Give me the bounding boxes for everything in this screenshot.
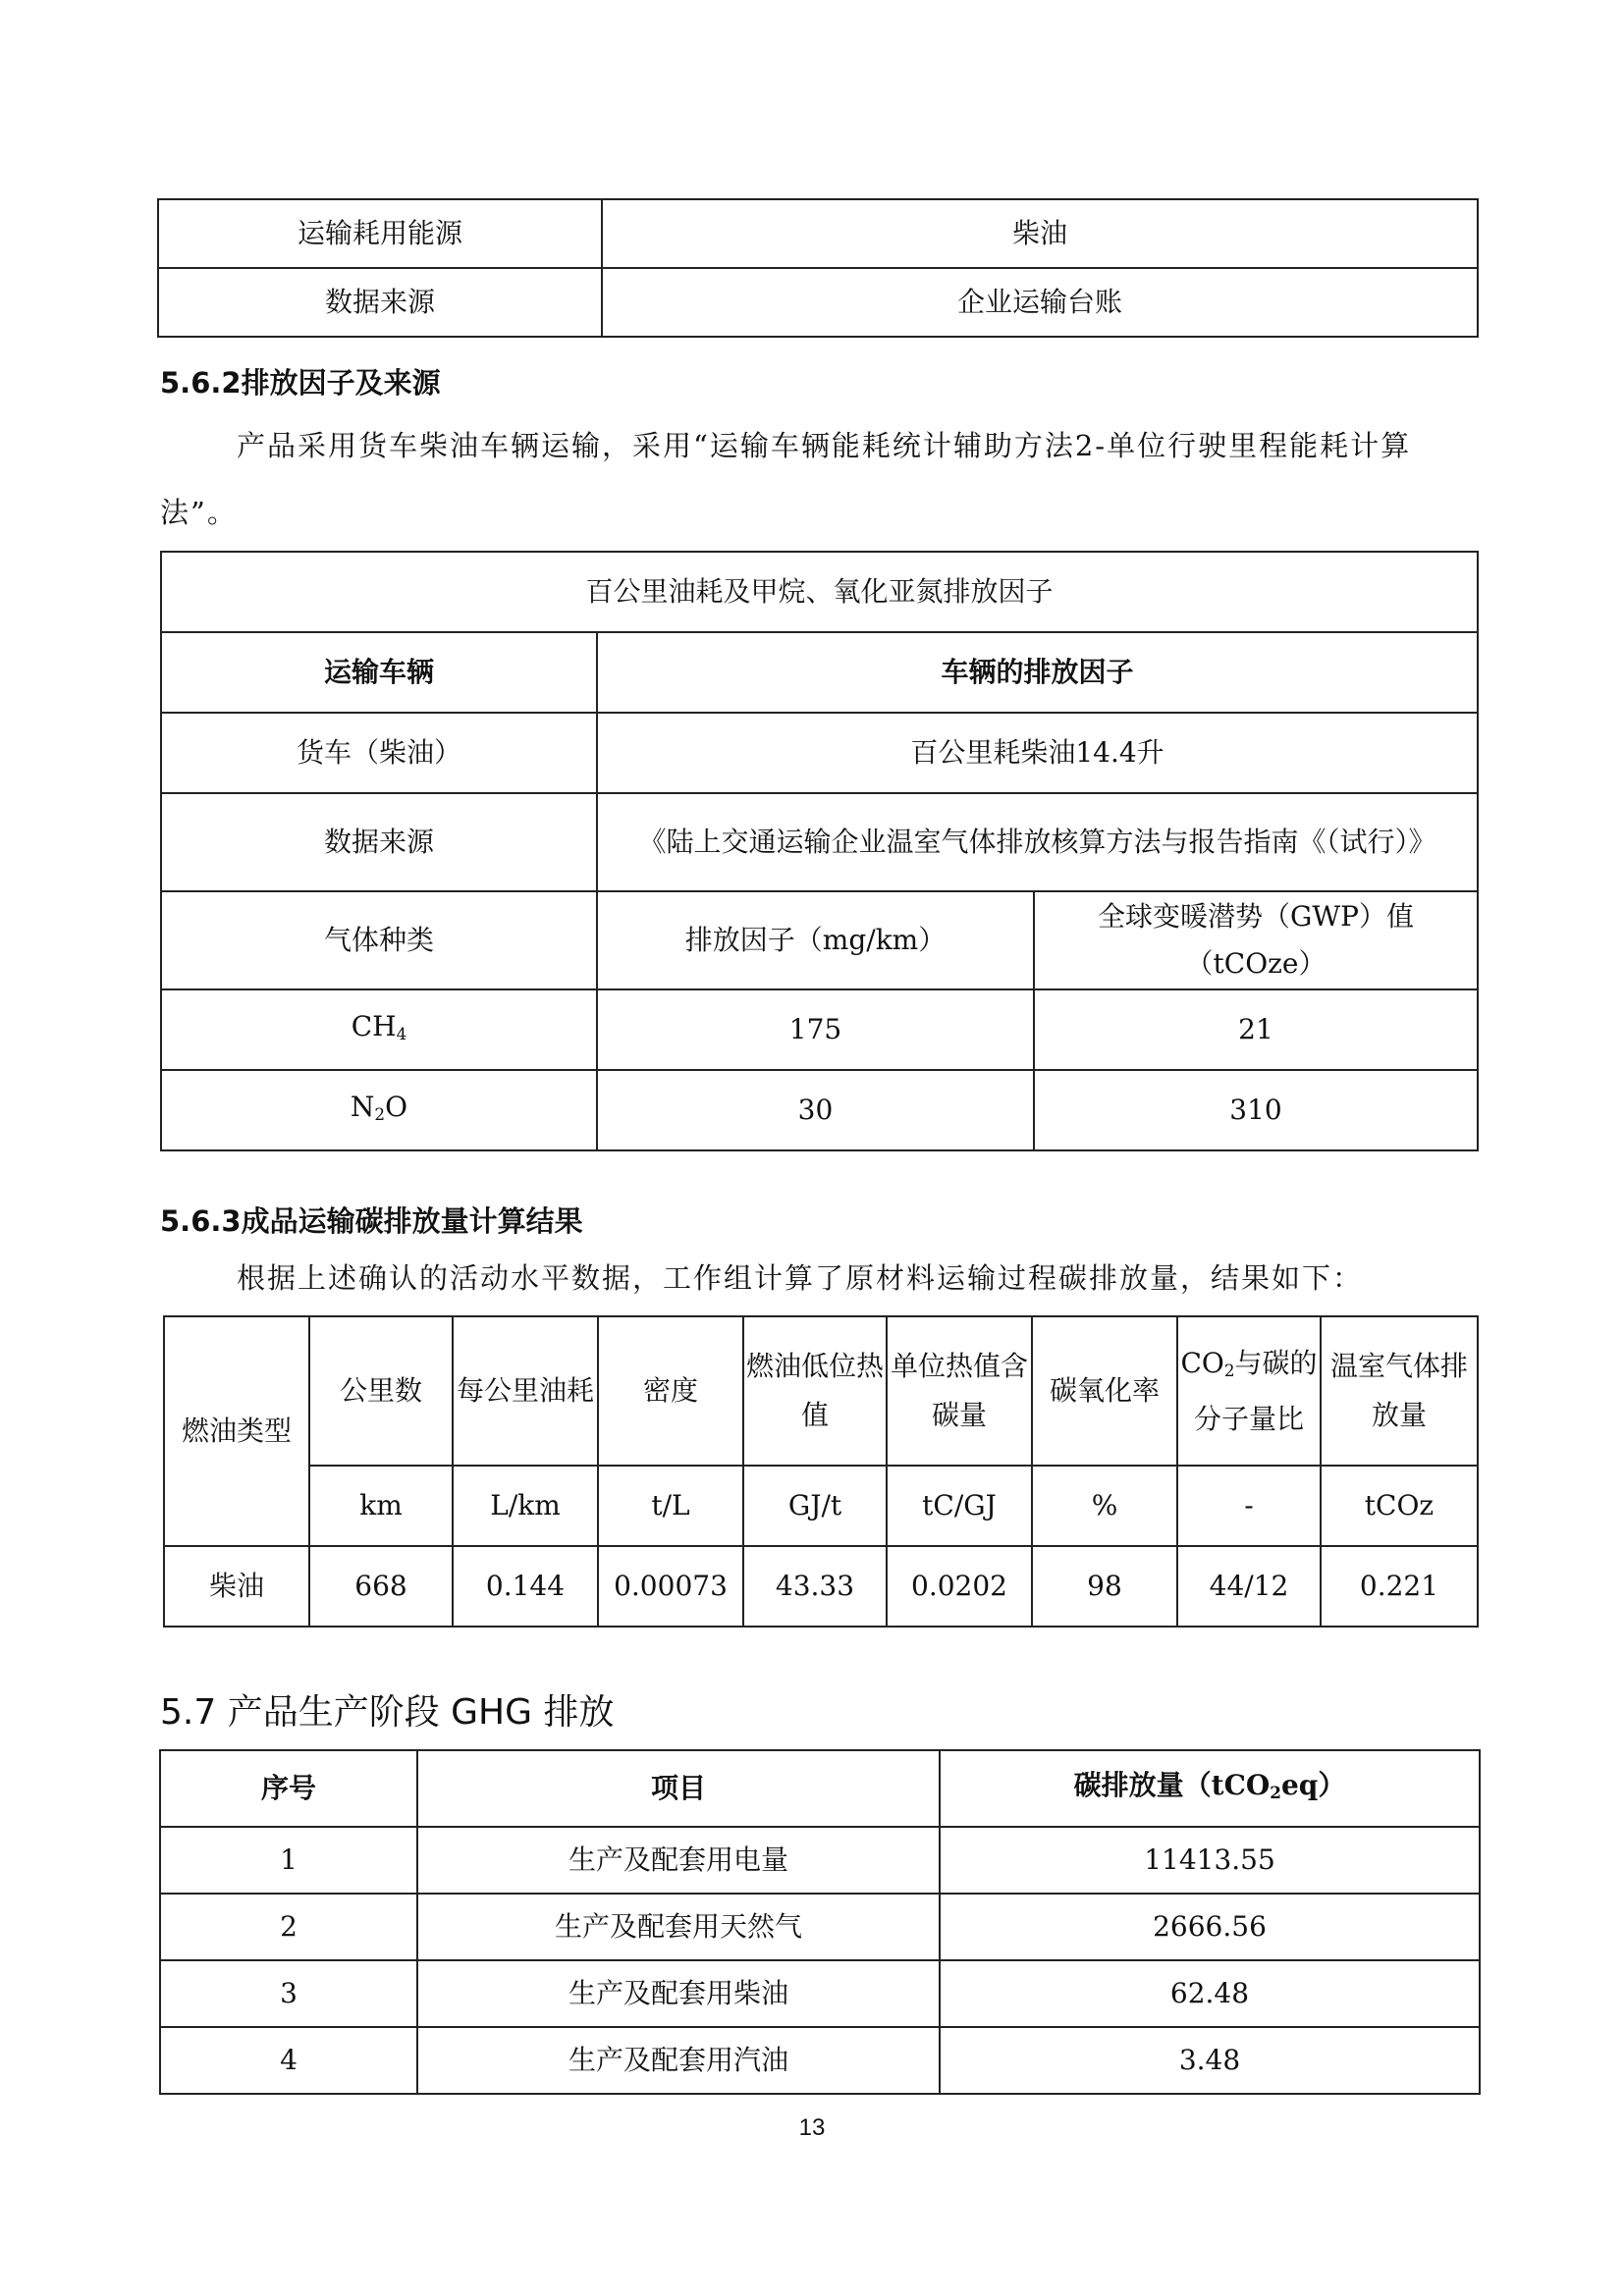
row-item: 生产及配套用柴油 — [417, 1960, 940, 2027]
unit-cell: tCOz — [1321, 1466, 1478, 1546]
value-cell: 0.144 — [453, 1546, 598, 1627]
row-no: 4 — [160, 2027, 417, 2094]
column-header: CO2与碳的分子量比 — [1177, 1316, 1321, 1466]
column-header: 温室气体排放量 — [1321, 1316, 1478, 1466]
value-cell: 43.33 — [743, 1546, 887, 1627]
value-cell: 44/12 — [1177, 1546, 1321, 1627]
co2-header-sub: 2 — [1224, 1361, 1235, 1380]
gas-factor: 175 — [597, 989, 1034, 1070]
section-paragraph: 产品采用货车柴油车辆运输，采用“运输车辆能耗统计辅助方法2-单位行驶里程能耗计算… — [160, 412, 1481, 546]
row-no: 2 — [160, 1894, 417, 1960]
table-header-row: 序号 项目 碳排放量（tCO2eq） — [160, 1750, 1480, 1827]
co2-header-pre: CO — [1180, 1347, 1223, 1379]
emission-factor-table: 百公里油耗及甲烷、氧化亚氮排放因子 运输车辆 车辆的排放因子 货车（柴油） 百公… — [160, 551, 1479, 1151]
row-no: 1 — [160, 1827, 417, 1894]
section-heading-5-6-3: 5.6.3成品运输碳排放量计算结果 — [160, 1200, 583, 1240]
section-paragraph: 根据上述确认的活动水平数据，工作组计算了原材料运输过程碳排放量，结果如下： — [160, 1245, 1481, 1311]
section-heading-5-6-2: 5.6.2排放因子及来源 — [160, 361, 441, 401]
header-emission-post: eq） — [1281, 1769, 1345, 1801]
table-row: 4 生产及配套用汽油 3.48 — [160, 2027, 1480, 2094]
row-value: 62.48 — [940, 1960, 1480, 2027]
column-header: 单位热值含碳量 — [887, 1316, 1032, 1466]
unit-cell: GJ/t — [743, 1466, 887, 1546]
section-heading-5-7: 5.7 产品生产阶段 GHG 排放 — [160, 1684, 614, 1735]
header-vehicle: 运输车辆 — [161, 632, 597, 713]
vehicle-label: 货车（柴油） — [161, 713, 597, 793]
table-row: N2O 30 310 — [161, 1070, 1478, 1150]
source-label: 数据来源 — [161, 793, 597, 891]
table-row: CH4 175 21 — [161, 989, 1478, 1070]
factor-header: 排放因子（mg/km） — [597, 891, 1034, 989]
table-row: 2 生产及配套用天然气 2666.56 — [160, 1894, 1480, 1960]
header-no: 序号 — [160, 1750, 417, 1827]
gwp-header: 全球变暖潜势（GWP）值（tCOze） — [1034, 891, 1478, 989]
vehicle-value: 百公里耗柴油14.4升 — [597, 713, 1478, 793]
column-header: 碳氧化率 — [1032, 1316, 1177, 1466]
gas-factor: 30 — [597, 1070, 1034, 1150]
ghg-emission-table: 序号 项目 碳排放量（tCO2eq） 1 生产及配套用电量 11413.55 2… — [159, 1749, 1481, 2095]
value-cell: 668 — [309, 1546, 453, 1627]
calculation-table: 燃油类型 公里数 每公里油耗 密度 燃油低位热值 单位热值含碳量 碳氧化率 CO… — [163, 1315, 1479, 1628]
table-row: 3 生产及配套用柴油 62.48 — [160, 1960, 1480, 2027]
table-title: 百公里油耗及甲烷、氧化亚氮排放因子 — [161, 552, 1478, 632]
gas-gwp: 21 — [1034, 989, 1478, 1070]
gas-gwp: 310 — [1034, 1070, 1478, 1150]
gas-subscript: 4 — [397, 1024, 407, 1043]
table-row: 货车（柴油） 百公里耗柴油14.4升 — [161, 713, 1478, 793]
value-cell: 0.221 — [1321, 1546, 1478, 1627]
unit-cell: L/km — [453, 1466, 598, 1546]
row-value: 柴油 — [602, 199, 1478, 268]
gas-name: CH4 — [161, 989, 597, 1070]
unit-cell: tC/GJ — [887, 1466, 1032, 1546]
row-value: 11413.55 — [940, 1827, 1480, 1894]
table-row: 柴油 668 0.144 0.00073 43.33 0.0202 98 44/… — [164, 1546, 1478, 1627]
header-emission-sub: 2 — [1270, 1783, 1281, 1802]
fuel-name: 柴油 — [164, 1546, 309, 1627]
column-header: 燃油低位热值 — [743, 1316, 887, 1466]
header-emission-pre: 碳排放量（tCO — [1074, 1769, 1271, 1801]
units-row: km L/km t/L GJ/t tC/GJ % - tCOz — [164, 1466, 1478, 1546]
column-header: 密度 — [598, 1316, 743, 1466]
row-label: 数据来源 — [158, 268, 602, 337]
gas-formula: CH — [352, 1010, 397, 1042]
column-header: 公里数 — [309, 1316, 453, 1466]
source-value: 《陆上交通运输企业温室气体排放核算方法与报告指南《（试行）》 — [597, 793, 1478, 891]
value-cell: 98 — [1032, 1546, 1177, 1627]
header-factor: 车辆的排放因子 — [597, 632, 1478, 713]
page-number: 13 — [0, 2114, 1624, 2142]
row-item: 生产及配套用天然气 — [417, 1894, 940, 1960]
unit-cell: % — [1032, 1466, 1177, 1546]
value-cell: 0.0202 — [887, 1546, 1032, 1627]
unit-cell: km — [309, 1466, 453, 1546]
table-row: 1 生产及配套用电量 11413.55 — [160, 1827, 1480, 1894]
table-row: 数据来源 《陆上交通运输企业温室气体排放核算方法与报告指南《（试行）》 — [161, 793, 1478, 891]
gas-subscript: 2 — [374, 1104, 385, 1124]
table-header-row: 运输车辆 车辆的排放因子 — [161, 632, 1478, 713]
row-item: 生产及配套用汽油 — [417, 2027, 940, 2094]
gas-formula: N — [351, 1091, 375, 1123]
table-title-row: 百公里油耗及甲烷、氧化亚氮排放因子 — [161, 552, 1478, 632]
energy-source-table: 运输耗用能源 柴油 数据来源 企业运输台账 — [157, 198, 1479, 338]
gas-suffix: O — [385, 1091, 407, 1123]
row-value: 企业运输台账 — [602, 268, 1478, 337]
column-header: 每公里油耗 — [453, 1316, 598, 1466]
header-emission: 碳排放量（tCO2eq） — [940, 1750, 1480, 1827]
fuel-type-header: 燃油类型 — [164, 1316, 309, 1546]
value-cell: 0.00073 — [598, 1546, 743, 1627]
table-row: 运输耗用能源 柴油 — [158, 199, 1478, 268]
row-value: 3.48 — [940, 2027, 1480, 2094]
unit-cell: t/L — [598, 1466, 743, 1546]
gas-type-header: 气体种类 — [161, 891, 597, 989]
table-row: 气体种类 排放因子（mg/km） 全球变暖潜势（GWP）值（tCOze） — [161, 891, 1478, 989]
unit-cell: - — [1177, 1466, 1321, 1546]
row-item: 生产及配套用电量 — [417, 1827, 940, 1894]
header-item: 项目 — [417, 1750, 940, 1827]
row-no: 3 — [160, 1960, 417, 2027]
gas-name: N2O — [161, 1070, 597, 1150]
row-value: 2666.56 — [940, 1894, 1480, 1960]
table-row: 数据来源 企业运输台账 — [158, 268, 1478, 337]
table-header-row: 燃油类型 公里数 每公里油耗 密度 燃油低位热值 单位热值含碳量 碳氧化率 CO… — [164, 1316, 1478, 1466]
row-label: 运输耗用能源 — [158, 199, 602, 268]
